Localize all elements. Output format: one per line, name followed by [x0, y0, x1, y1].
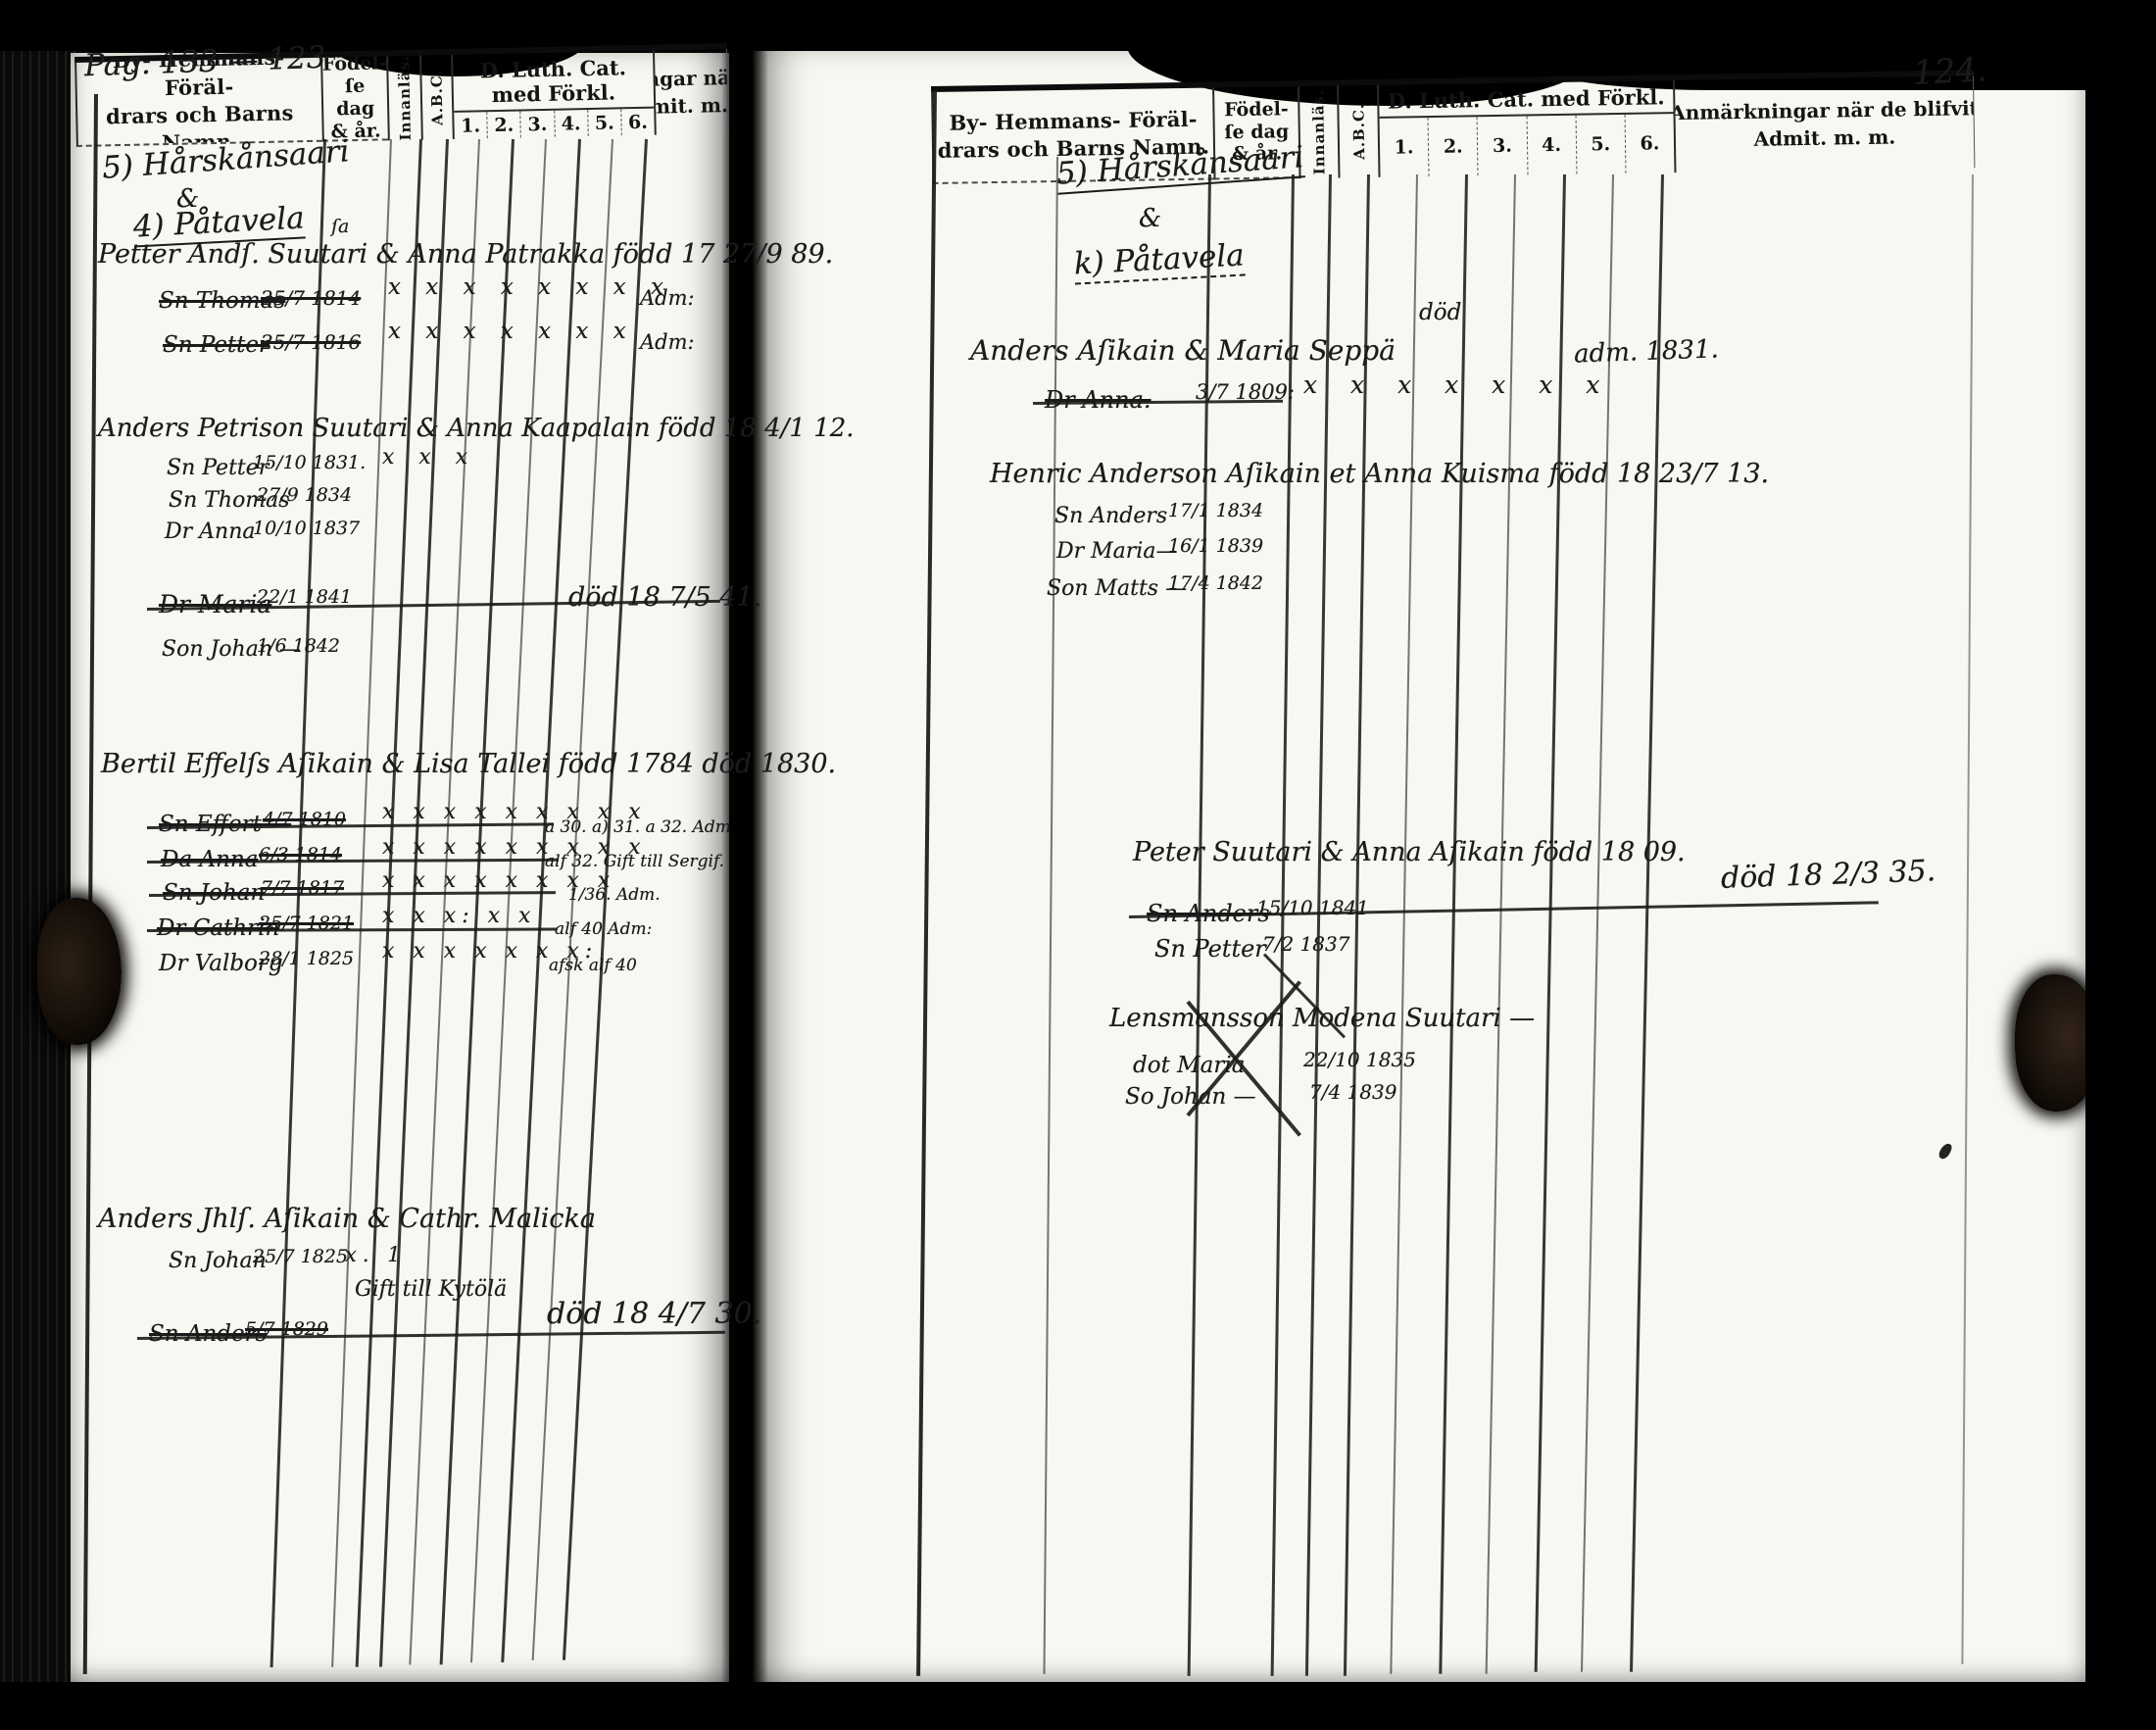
family-head: Petter Andſ. Suutari & Anna Patrakka föd… [98, 241, 833, 268]
child-name: Dr Maria [159, 592, 271, 617]
child-birthdate: 16/1 1839 [1168, 537, 1263, 556]
right-header-catechism-col: D. Luth. Cat. med Förkl. 1. 2. 3. 4. 5. … [1377, 80, 1674, 177]
left-header-remarks-col: Anmärkningar när de blifvit Admit. m. m. [653, 49, 729, 135]
child-birthdate: 25/7 1825 [253, 1248, 348, 1266]
abc-col-label: A.B.C. [427, 69, 446, 125]
catechism-subcol-6: 6. [1624, 114, 1674, 173]
catechism-subcolumns: 1. 2. 3. 4. 5. 6. [1380, 114, 1675, 177]
remark-note: adm. 1831. [1574, 336, 1720, 367]
birth-col-label-2: ſe dag [322, 75, 387, 122]
catechism-x-marks: x x x [382, 447, 476, 469]
scanned-church-record-spread: By- Hemmans- Föräl- drars och Barns Namn… [0, 0, 2156, 1730]
catechism-x-marks: x x x x x x x [1303, 372, 1612, 397]
right-header-abc-col: A.B.C. [1337, 85, 1378, 178]
catechism-x-marks: x x x: x x [382, 906, 536, 927]
child-birthdate: 1/6 1842 [257, 637, 340, 656]
catechism-subcol-1: 1. [454, 112, 487, 139]
right-page-number-handwritten: 124. [1912, 53, 1987, 90]
family-head: Peter Suutari & Anna Aſikain född 18 09. [1133, 839, 1686, 865]
remark-note: Adm: [640, 332, 695, 353]
child-name: Sn Petter [1154, 937, 1266, 961]
innanlas-col-label: Innanläs. [1309, 89, 1328, 175]
child-birthdate: 17/4 1842 [1168, 574, 1263, 593]
book-spine-edge [0, 0, 76, 1730]
child-name: Sn Johan [169, 1251, 267, 1272]
birth-col-label-1: Födel- [1224, 98, 1289, 122]
left-header-birth-col: Födel- ſe dag & år. [320, 56, 388, 141]
names-col-label-1: By- Hemmans- Föräl- [949, 105, 1198, 136]
family-head-superscript: död [1419, 302, 1461, 324]
child-birthdate: 22/10 1835 [1303, 1050, 1416, 1069]
family-head: Anders Jhlſ. Aſikain & Cathr. Malicka [98, 1206, 596, 1232]
remark-note: afsk alf 40 [549, 958, 637, 974]
catechism-x-marks: x x x x x x x [388, 321, 635, 343]
remark-note: död 18 7/5 41. [568, 584, 761, 611]
left-header-abc-col: A.B.C. [419, 55, 453, 140]
child-name: Sn Petter [163, 334, 269, 357]
child-birthdate: 15/10 1831. [253, 454, 366, 472]
child-birthdate: 27/9 1834 [257, 486, 352, 505]
remarks-col-label-2: Admit. m. m. [1753, 124, 1895, 153]
catechism-col-label: D. Luth. Cat. med Förkl. [1379, 80, 1673, 119]
catechism-subcolumns: 1. 2. 3. 4. 5. 6. [454, 109, 655, 139]
child-birthdate: 7/4 1839 [1309, 1082, 1396, 1102]
left-thumb [37, 898, 122, 1045]
family-head: Lensmansson Modena Suutari — [1109, 1006, 1535, 1031]
catechism-subcol-6: 6. [620, 109, 655, 136]
remark-note: död 18 4/7 30. [547, 1300, 761, 1329]
left-page-number-handwritten: Pag. 133 — 123 [84, 43, 326, 82]
child-birthdate: 7/2 1837 [1262, 934, 1349, 954]
child-name: So Johan — [1125, 1086, 1256, 1109]
child-birthdate: 25/7 1816 [261, 332, 361, 352]
catechism-subcol-2: 2. [1428, 117, 1478, 176]
family-head: Anders Petrison Suutari & Anna Kaapalain… [98, 416, 855, 441]
catechism-subcol-5: 5. [1575, 115, 1625, 174]
left-header-innanlas-col: Innanläs. [386, 56, 421, 141]
remark-note: 1/36. Adm. [568, 887, 661, 904]
catechism-subcol-4: 4. [1526, 116, 1576, 175]
catechism-subcol-4: 4. [554, 110, 588, 137]
remark-note: a 30. a) 31. a 32. Adm [545, 819, 731, 836]
catechism-subcol-1: 1. [1380, 118, 1429, 177]
family-head-superscript: ſa [331, 218, 349, 236]
catechism-subcol-3: 3. [1477, 116, 1527, 175]
child-name: Dr Anna [165, 521, 256, 543]
catechism-subcol-3: 3. [520, 111, 555, 138]
catechism-col-label: D. Luth. Cat. med Förkl. [453, 51, 654, 113]
remark-note: alf 40 Adm: [555, 921, 652, 938]
child-birthdate: 17/1 1834 [1168, 502, 1263, 520]
family-head: Henric Anderson Aſikain et Anna Kuisma f… [990, 461, 1769, 487]
family-head: Bertil Effelſs Aſikain & Lisa Tallei föd… [101, 751, 836, 777]
child-name: Dr Anna. [1045, 388, 1151, 412]
village-amp: & [1139, 206, 1161, 231]
left-header-catechism-col: D. Luth. Cat. med Förkl. 1. 2. 3. 4. 5. … [451, 51, 655, 139]
remark-note: Adm: [640, 288, 695, 309]
child-birthdate: 28/1 1825 [259, 950, 354, 968]
family-head: Anders Aſikain & Maria Seppä [970, 337, 1396, 365]
innanlas-col-label: Innanläs. [395, 56, 415, 141]
child-birthdate: 10/10 1837 [253, 519, 360, 538]
remarks-col-label-1: Anmärkningar när de blifvit [653, 62, 729, 96]
scan-right-border [2085, 0, 2156, 1730]
remarks-col-label-1: Anmärkningar när de blifvit [1673, 94, 1975, 126]
remark-note: Gift till Kytölä [355, 1279, 507, 1301]
child-birthdate: 22/1 1841 [257, 588, 352, 607]
catechism-subcol-5: 5. [587, 109, 621, 136]
catechism-x-marks: x x x x x x x x [388, 276, 672, 299]
child-birthdate: 25/7 1814 [261, 288, 361, 308]
child-name: Sn Anders [1054, 506, 1167, 527]
remarks-col-label-2: Admit. m. m. [653, 90, 729, 121]
book-gutter-shadow [721, 35, 768, 1730]
child-name: Son Matts — [1047, 578, 1187, 600]
child-name: Dr Maria— [1056, 541, 1177, 563]
family-head-note: död 18 2/3 35. [1721, 857, 1936, 894]
abc-col-label: A.B.C. [1349, 103, 1368, 160]
catechism-subcol-2: 2. [486, 111, 520, 138]
scan-bottom-border [0, 1682, 2156, 1730]
catechism-x-marks: x. 1 [345, 1245, 407, 1265]
birth-col-label-1: Födel- [322, 56, 387, 76]
